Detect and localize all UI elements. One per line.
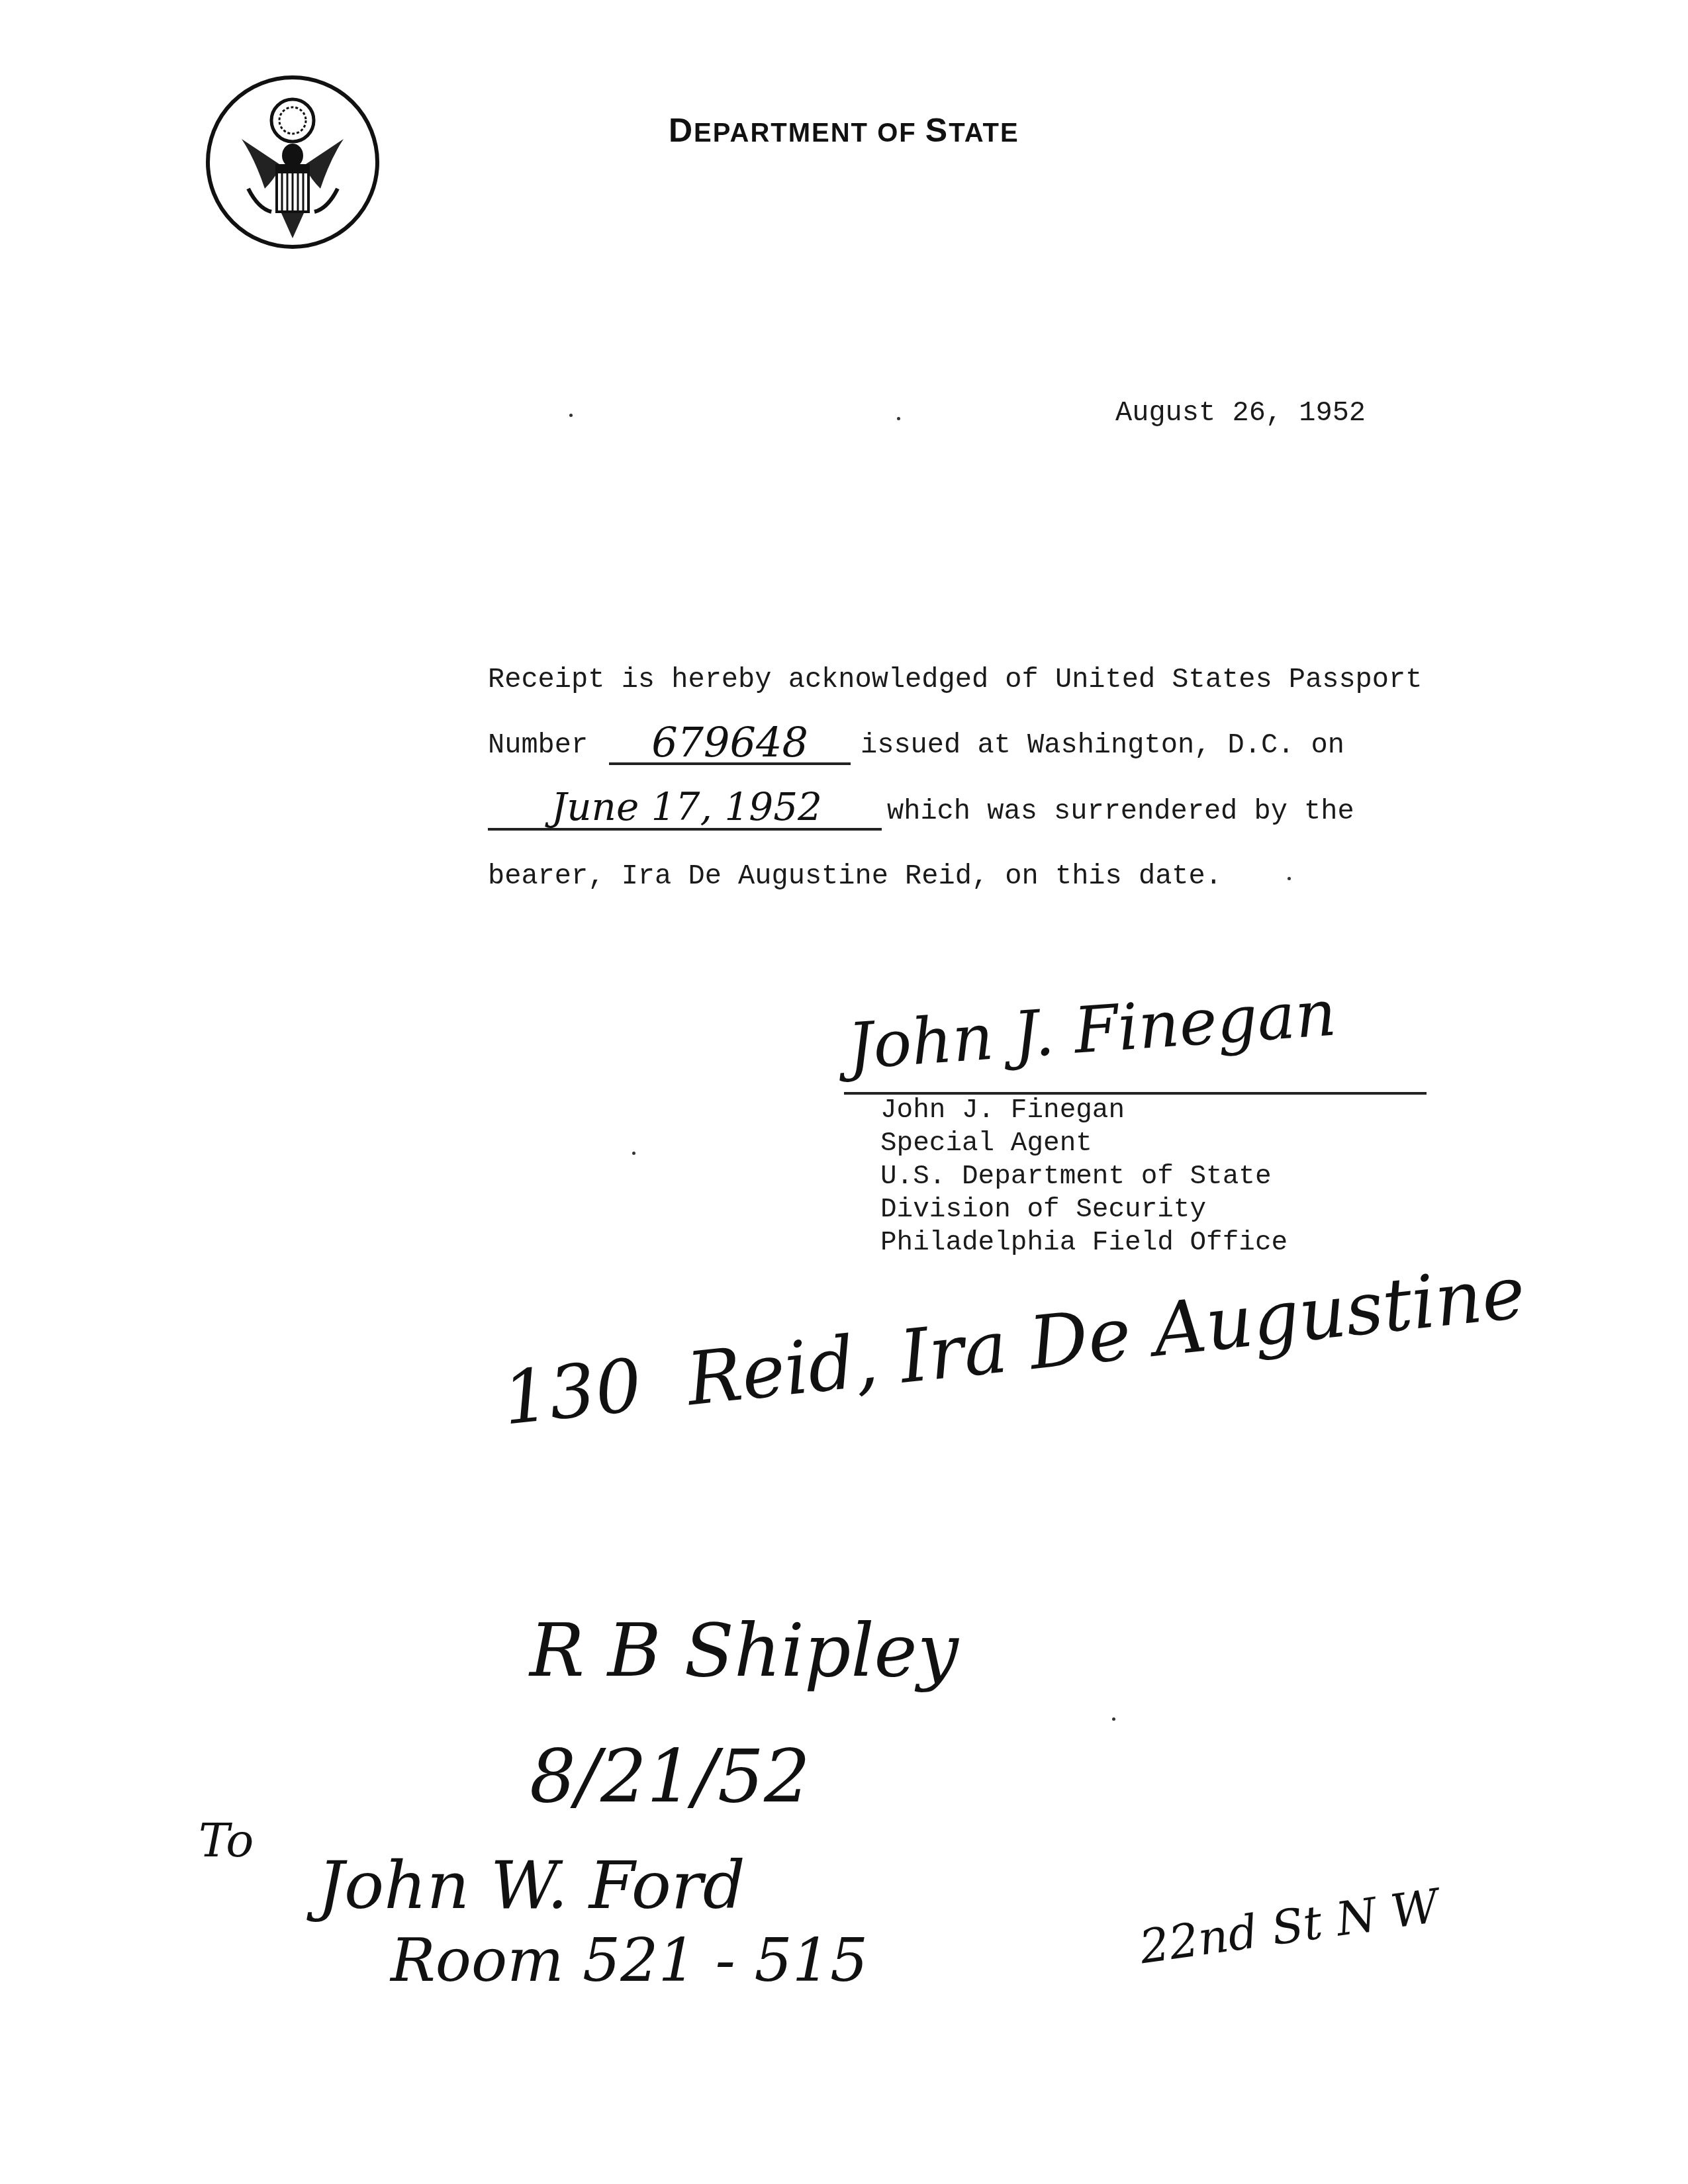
scan-speck <box>632 1152 635 1155</box>
scan-speck <box>1112 1717 1115 1721</box>
great-seal-eagle-icon <box>202 73 384 251</box>
passport-number-handwritten: 679648 <box>612 718 847 766</box>
signer-name: John J. Finegan <box>880 1095 1125 1126</box>
scan-speck <box>569 414 573 417</box>
scan-speck <box>897 417 900 420</box>
issue-date-underline <box>488 828 882 831</box>
signer-division: Division of Security <box>880 1195 1206 1225</box>
body-line-3-suffix: which was surrendered by the <box>887 796 1354 827</box>
signer-title: Special Agent <box>880 1128 1092 1159</box>
handwritten-note-recipient: John W. Ford <box>318 1846 745 1924</box>
scan-speck <box>1288 877 1291 880</box>
signer-department: U.S. Department of State <box>880 1161 1272 1192</box>
document-date: August 26, 1952 <box>1115 397 1366 429</box>
handwritten-note-street: 22nd St N W <box>1137 1879 1442 1975</box>
handwritten-note-date: 8/21/52 <box>530 1734 810 1819</box>
signature-line <box>844 1092 1427 1095</box>
signer-office: Philadelphia Field Office <box>880 1228 1288 1258</box>
body-line-2-suffix: issued at Washington, D.C. on <box>861 729 1344 761</box>
handwritten-note-to: To <box>199 1813 254 1868</box>
signature-handwritten: John J. Finegan <box>845 976 1338 1083</box>
body-line-1: Receipt is hereby acknowledged of United… <box>488 664 1422 696</box>
issue-date-handwritten: June 17, 1952 <box>490 784 884 829</box>
handwritten-note-room: Room 521 - 515 <box>391 1926 868 1995</box>
body-line-4: bearer, Ira De Augustine Reid, on this d… <box>488 860 1222 892</box>
letterhead-title: DEPARTMENT OF STATE <box>669 111 1019 150</box>
passport-number-underline <box>609 762 851 765</box>
handwritten-note-file-ref: 130 Reid, Ira De Augustine <box>498 1250 1528 1441</box>
body-line-2-label: Number <box>488 729 588 761</box>
handwritten-note-initials: R B Shipley <box>530 1608 959 1693</box>
document-page: DEPARTMENT OF STATE August 26, 1952 Rece… <box>0 0 1688 2184</box>
